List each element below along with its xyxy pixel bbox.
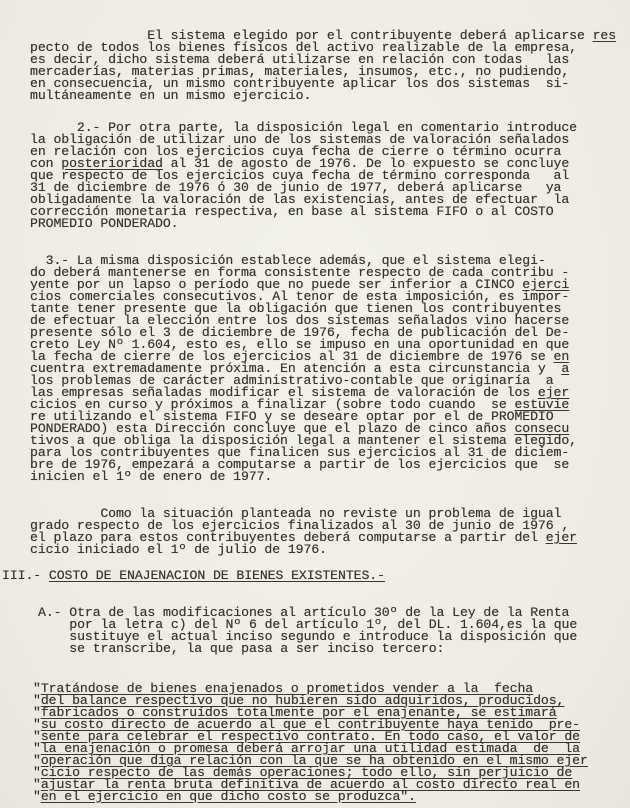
text: multáneamente en un mismo ejercicio. bbox=[30, 88, 311, 103]
text: cicio iniciado el 1º de julio de 1976. bbox=[30, 542, 327, 557]
section-heading: III.- COSTO DE ENAJENACION DE BIENES EXI… bbox=[2, 570, 616, 582]
underlined-text: en el ejercicio en que dicho costo se pr… bbox=[41, 789, 416, 804]
underlined-text: COSTO DE ENAJENACION DE BIENES EXISTENTE… bbox=[49, 568, 385, 583]
text: inicien el 1º de enero de 1977. bbox=[30, 469, 272, 484]
document-body: El sistema elegido por el contribuyente … bbox=[30, 30, 616, 803]
text-line: inicien el 1º de enero de 1977. bbox=[30, 471, 616, 483]
item-a-paragraph: A.- Otra de las modificaciones al artícu… bbox=[38, 607, 616, 655]
paragraph-2: 2.- Por otra parte, la disposición legal… bbox=[30, 122, 616, 230]
text-line: III.- COSTO DE ENAJENACION DE BIENES EXI… bbox=[2, 570, 616, 582]
opening-paragraph: El sistema elegido por el contribuyente … bbox=[30, 30, 616, 102]
text: PROMEDIO PONDERADO. bbox=[30, 216, 178, 231]
text: se transcribe, la que pasa a ser inciso … bbox=[38, 641, 444, 656]
underlined-text: a bbox=[561, 361, 569, 376]
text: III.- bbox=[2, 568, 49, 583]
text-line: se transcribe, la que pasa a ser inciso … bbox=[38, 643, 616, 655]
text: " bbox=[33, 789, 41, 804]
paragraph-3: 3.- La misma disposición establece ademá… bbox=[30, 255, 616, 483]
text-line: cicio iniciado el 1º de julio de 1976. bbox=[30, 544, 616, 556]
text-line: "en el ejercicio en que dicho costo se p… bbox=[33, 791, 616, 803]
underlined-text: res bbox=[593, 28, 616, 43]
quoted-provision: "Tratándose de bienes enajenados o prome… bbox=[33, 683, 616, 803]
closing-paragraph: Como la situación planteada no reviste u… bbox=[30, 508, 616, 556]
text-line: PROMEDIO PONDERADO. bbox=[30, 218, 616, 230]
text-line: multáneamente en un mismo ejercicio. bbox=[30, 90, 616, 102]
underlined-text: ejer bbox=[546, 530, 577, 545]
scanned-document-page: El sistema elegido por el contribuyente … bbox=[0, 0, 630, 808]
